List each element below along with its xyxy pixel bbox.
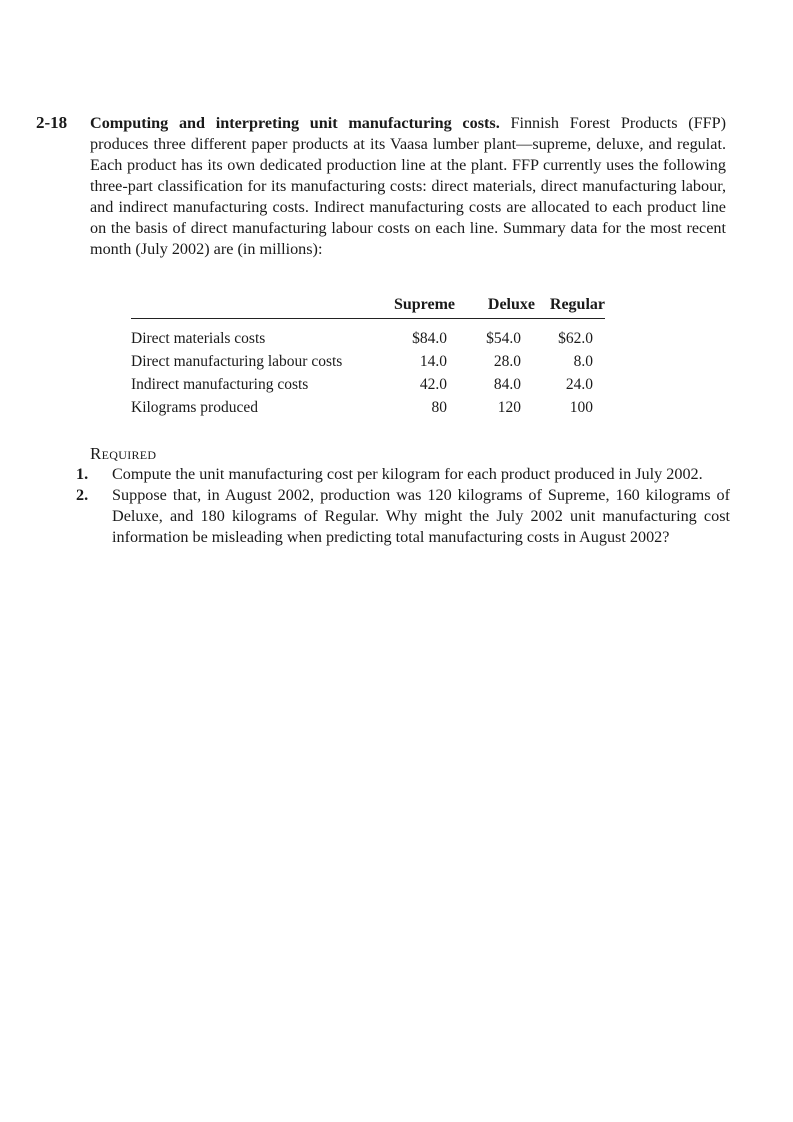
cell-value: 24.0 (535, 373, 605, 396)
row-label: Direct manufacturing labour costs (131, 350, 379, 373)
item-text: Suppose that, in August 2002, production… (112, 486, 730, 546)
cell-value: 8.0 (535, 350, 605, 373)
table-row: Kilograms produced 80 120 100 (131, 396, 605, 419)
cell-value: 84.0 (455, 373, 535, 396)
table-row: Direct materials costs $84.0 $54.0 $62.0 (131, 319, 605, 351)
cell-value: 42.0 (379, 373, 455, 396)
required-section: Required 1. Compute the unit manufacturi… (90, 443, 730, 548)
problem-title: Computing and interpreting unit manufact… (90, 114, 500, 132)
row-label: Direct materials costs (131, 319, 379, 351)
item-number: 1. (76, 464, 88, 485)
row-label: Indirect manufacturing costs (131, 373, 379, 396)
table-row: Indirect manufacturing costs 42.0 84.0 2… (131, 373, 605, 396)
cell-value: 120 (455, 396, 535, 419)
column-header: Deluxe (455, 296, 535, 319)
column-header: Regular (535, 296, 605, 319)
item-text: Compute the unit manufacturing cost per … (112, 465, 703, 483)
cell-value: 28.0 (455, 350, 535, 373)
problem-2-18: 2-18 Computing and interpreting unit man… (36, 113, 726, 260)
cell-value: $62.0 (535, 319, 605, 351)
table-row: Direct manufacturing labour costs 14.0 2… (131, 350, 605, 373)
cost-summary-table: Supreme Deluxe Regular Direct materials … (131, 296, 605, 419)
item-number: 2. (76, 485, 88, 506)
cell-value: 100 (535, 396, 605, 419)
column-header: Supreme (379, 296, 455, 319)
required-heading: Required (90, 443, 730, 464)
cell-value: 14.0 (379, 350, 455, 373)
cell-value: $54.0 (455, 319, 535, 351)
cell-value: 80 (379, 396, 455, 419)
table-header-row: Supreme Deluxe Regular (131, 296, 605, 319)
problem-statement: Computing and interpreting unit manufact… (90, 113, 726, 260)
required-item-2: 2. Suppose that, in August 2002, product… (90, 485, 730, 548)
problem-number: 2-18 (36, 113, 67, 133)
required-item-1: 1. Compute the unit manufacturing cost p… (90, 464, 730, 485)
cell-value: $84.0 (379, 319, 455, 351)
row-label: Kilograms produced (131, 396, 379, 419)
problem-body: Finnish Forest Products (FFP) produces t… (90, 114, 726, 258)
header-blank (131, 296, 379, 319)
